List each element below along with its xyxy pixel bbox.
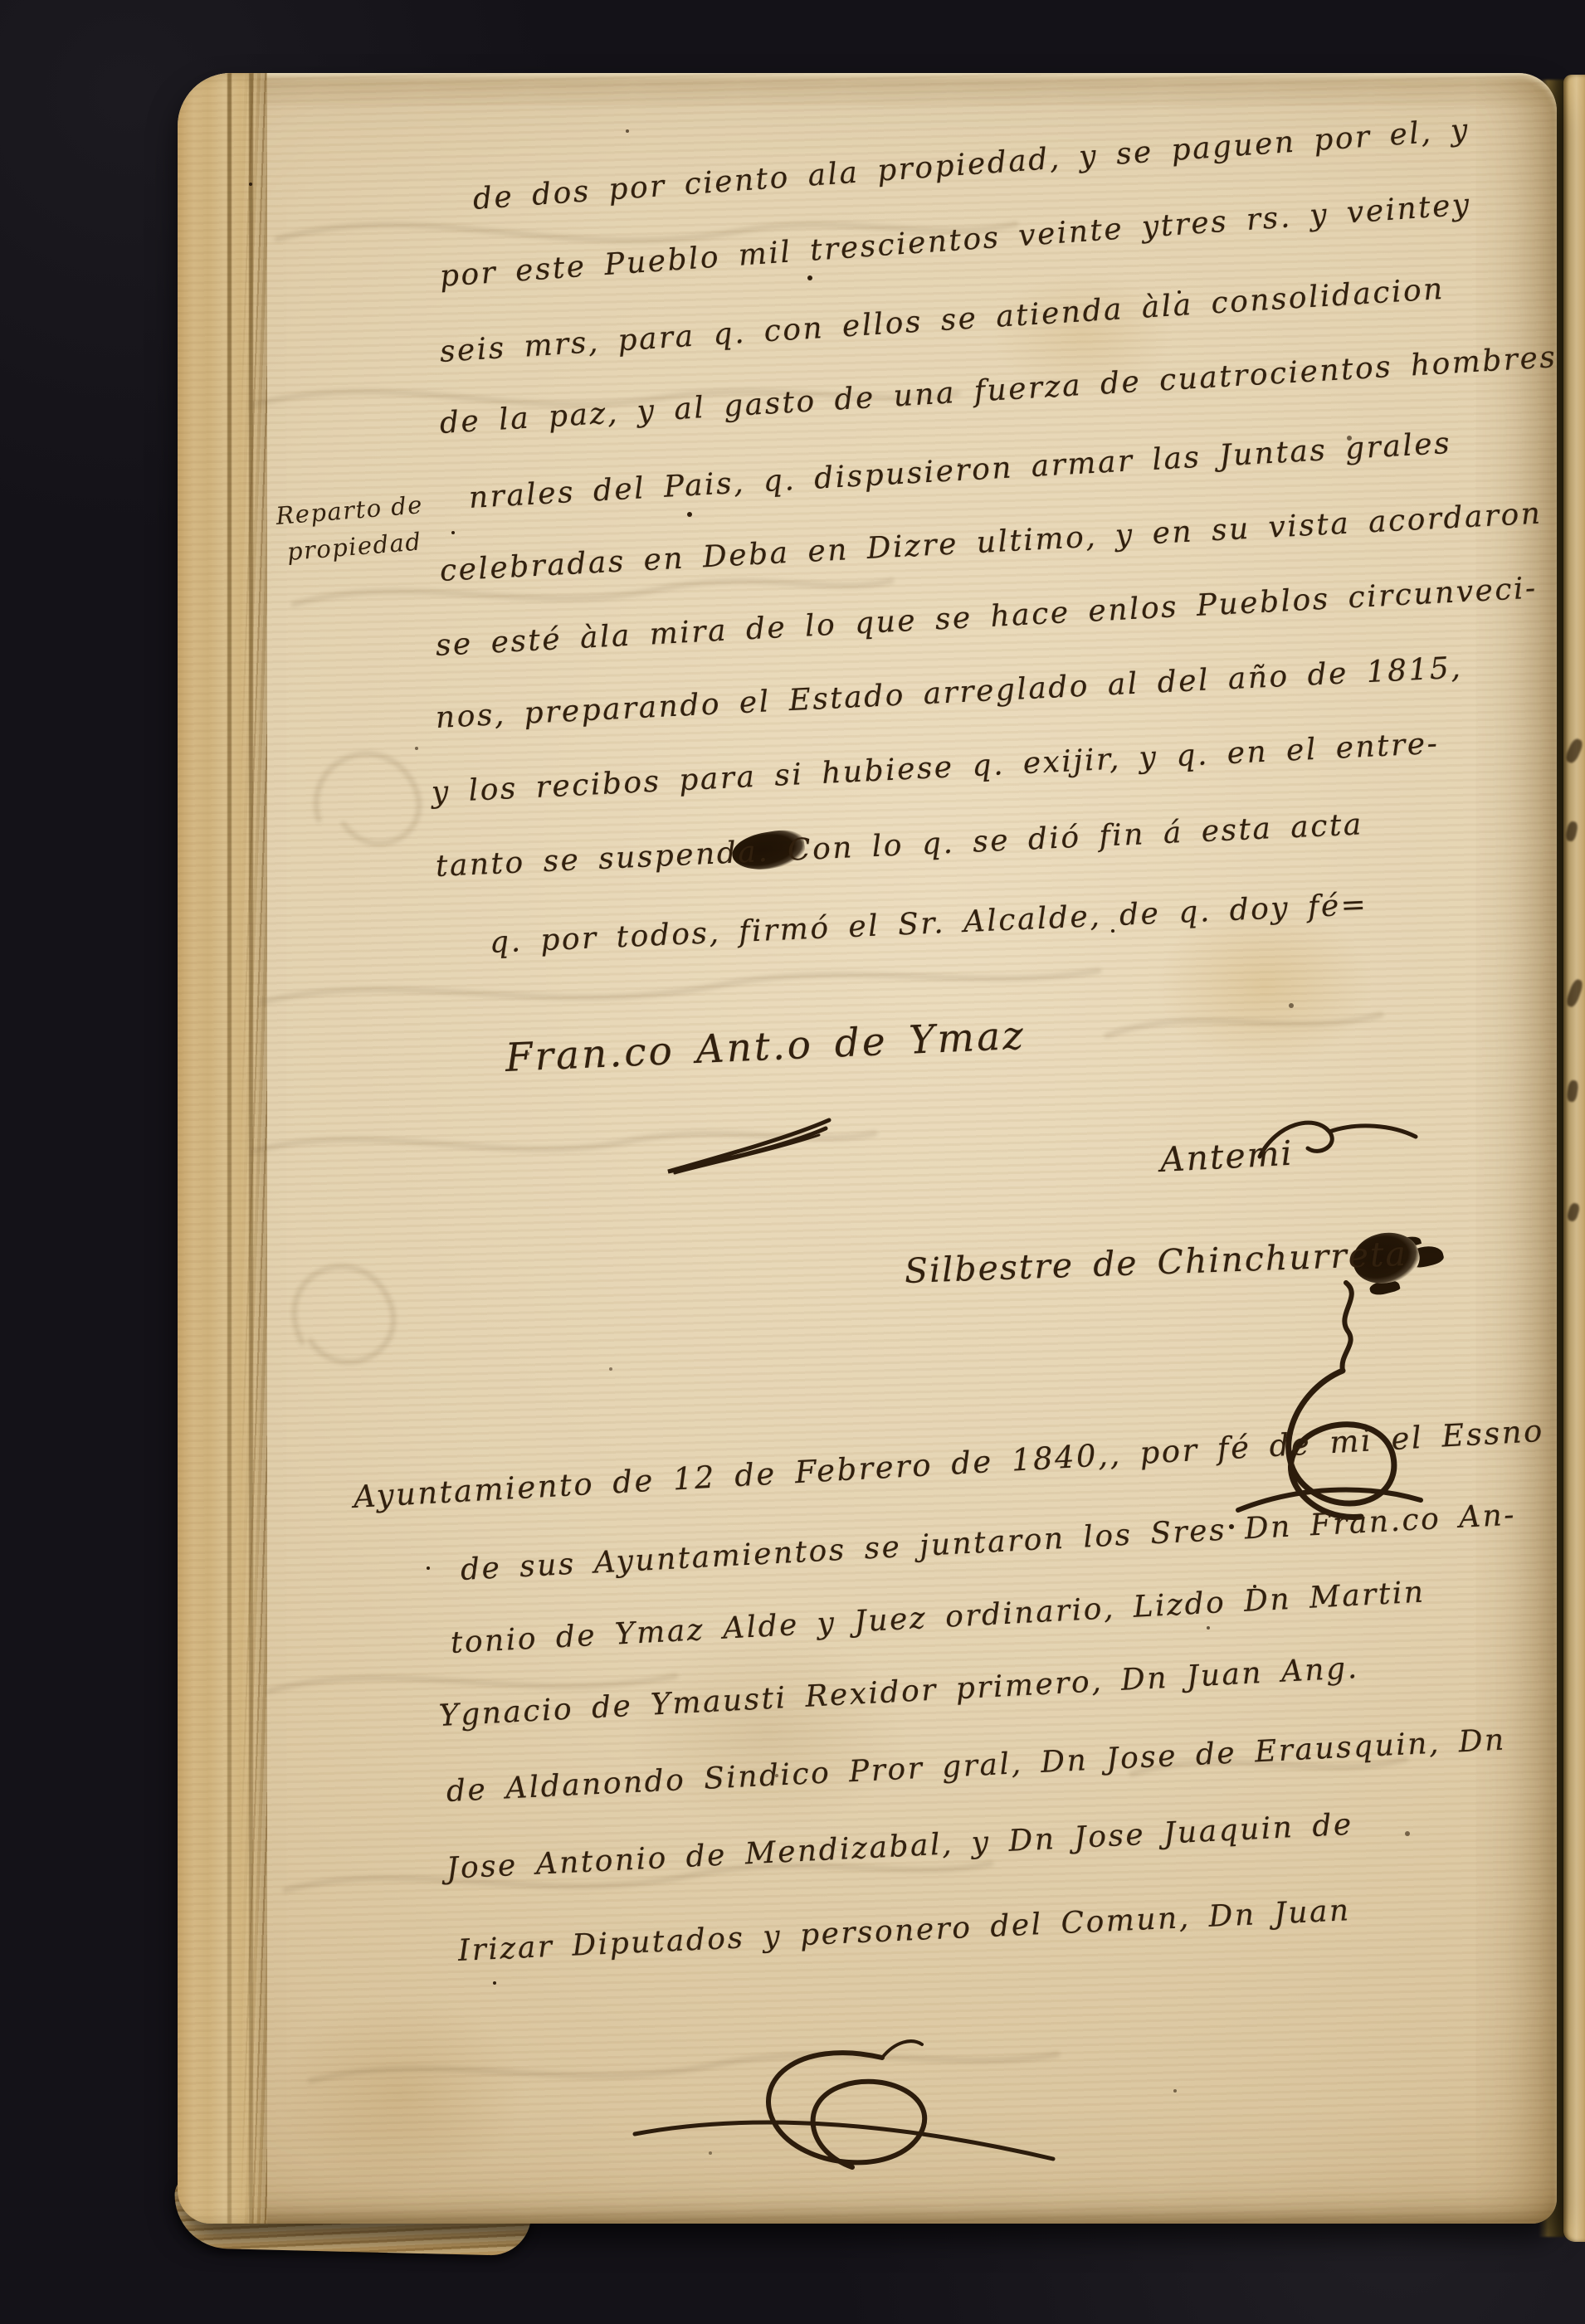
ink-specks xyxy=(178,73,181,76)
manuscript-line: de sus Ayuntamientos se juntaron los Sre… xyxy=(460,1498,1517,1586)
manuscript-line: q. por todos, firmó el Sr. Alcalde, de q… xyxy=(489,889,1368,960)
rubric-bottom xyxy=(625,2031,1065,2210)
manuscript-line: nos, preparando el Estado arreglado al d… xyxy=(435,652,1463,735)
spine-crease xyxy=(249,73,253,2224)
margin-note: Reparto de propiedad xyxy=(275,487,427,571)
spine-crease xyxy=(227,73,232,2224)
signature-underline-flourish xyxy=(663,1112,837,1181)
manuscript-line: nrales del Pais, q. dispusieron armar la… xyxy=(468,427,1452,515)
signature-antemi: Antemi xyxy=(1159,1135,1295,1179)
archival-photo: Reparto de propiedad de dos por ciento a… xyxy=(0,0,1585,2324)
manuscript-line: tanto se suspenda. Con lo q. se dió fin … xyxy=(435,808,1364,883)
facing-page-ink-mark xyxy=(1566,1079,1579,1102)
manuscript-line: Irizar Diputados y personero del Comun, … xyxy=(457,1894,1351,1967)
manuscript-line: se esté àla mira de lo que se hace enlos… xyxy=(435,572,1539,662)
spine-page-edges xyxy=(178,73,267,2224)
manuscript-line: tonio de Ymaz Alde y Juez ordinario, Liz… xyxy=(450,1576,1426,1659)
facing-page-ink-mark xyxy=(1566,1202,1581,1222)
paper-stain xyxy=(626,1633,908,1832)
manuscript-line: y los recibos para si hubiese q. exijir,… xyxy=(431,728,1440,810)
manuscript-line: Ygnacio de Ymausti Rexidor primero, Dn J… xyxy=(438,1652,1360,1733)
manuscript-line: Jose Antonio de Mendizabal, y Dn Jose Ju… xyxy=(446,1809,1354,1886)
signature-alcalde: Fran.co Ant.o de Ymaz xyxy=(505,1015,1027,1080)
facing-page-ink-mark xyxy=(1564,737,1585,764)
facing-page-ink-mark xyxy=(1565,821,1579,842)
manuscript-line: celebradas en Deba en Dizre ultimo, y en… xyxy=(439,497,1543,587)
facing-page-edge xyxy=(1563,75,1585,2242)
rubric-escribano xyxy=(1215,1278,1431,1527)
paper-stain xyxy=(277,1998,526,2189)
manuscript-line: seis mrs, para q. con ellos se atienda à… xyxy=(439,273,1446,369)
manuscript-line: de Aldanondo Sindico Pror gral, Dn Jose … xyxy=(446,1724,1507,1809)
manuscript-page: Reparto de propiedad de dos por ciento a… xyxy=(178,73,1557,2224)
facing-page-ink-mark xyxy=(1565,978,1585,1008)
